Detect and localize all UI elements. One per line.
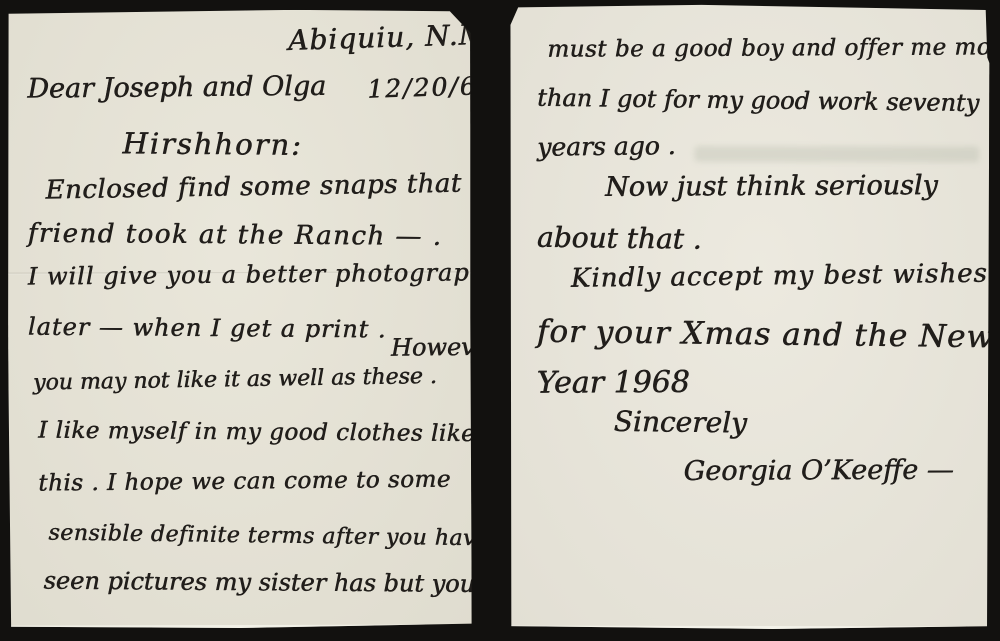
letter-line: you may not like it as well as these . xyxy=(33,365,437,396)
letter-line: later — when I get a print . xyxy=(28,314,387,343)
letter-line: seen pictures my sister has but you xyxy=(44,568,476,598)
letter-line: than I got for my good work seventy xyxy=(537,85,979,117)
salutation-line-1: Dear Joseph and Olga xyxy=(27,72,326,105)
letter-line: Now just think seriously xyxy=(605,171,938,202)
letter-line: about that . xyxy=(537,223,702,256)
letter-line: Enclosed find some snaps that a xyxy=(45,169,486,205)
letter-line: Year 1968 xyxy=(537,366,690,400)
letterhead-date: 12/20/67 xyxy=(367,72,496,103)
letter-line: However xyxy=(391,334,501,361)
signature-georgia-okeeffe: Georgia O’Keeffe — xyxy=(684,455,954,486)
letter-line: sensible definite terms after you have xyxy=(48,522,489,552)
letterhead-place: Abiquiu, N.M xyxy=(288,20,489,57)
paper-showthrough-mark xyxy=(694,146,979,162)
letter-page-left: Abiquiu, N.M 12/20/67 Dear Joseph and Ol… xyxy=(7,9,472,628)
letter-line: I will give you a better photograph xyxy=(28,259,486,290)
letter-line: for your Xmas and the New xyxy=(537,315,994,355)
letter-line: Kindly accept my best wishes xyxy=(571,260,988,294)
scan-background: Abiquiu, N.M 12/20/67 Dear Joseph and Ol… xyxy=(0,0,1000,641)
closing-sincerely: Sincerely xyxy=(614,407,748,439)
salutation-line-2: Hirshhorn: xyxy=(122,128,303,161)
letter-line: must be a good boy and offer me more xyxy=(547,35,1000,63)
letter-line: friend took at the Ranch — . xyxy=(28,220,443,252)
letter-line: this . I hope we can come to some xyxy=(38,468,451,497)
letter-page-right: must be a good boy and offer me more tha… xyxy=(508,4,989,630)
letter-line: years ago . xyxy=(537,132,676,161)
letter-line: I like myself in my good clothes like xyxy=(38,419,475,448)
